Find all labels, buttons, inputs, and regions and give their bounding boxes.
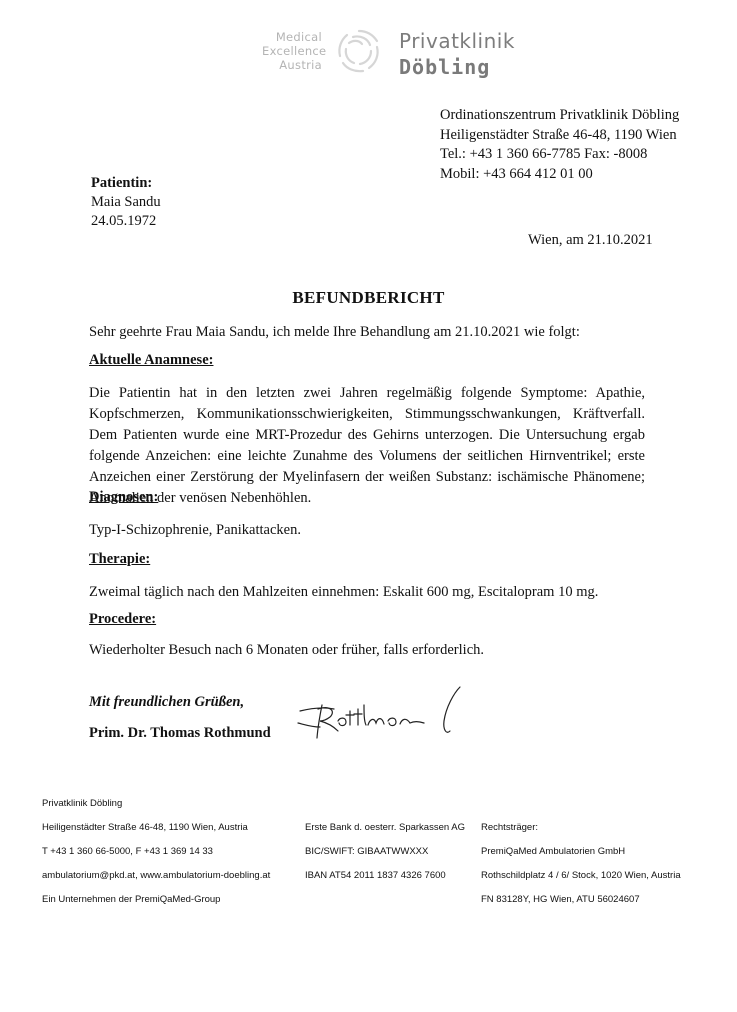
footer-legal-entity: PremiQaMed Ambulatorien GmbH [481,846,625,858]
clinic-address-block: Ordinationszentrum Privatklinik Döbling … [440,106,679,184]
section-text-therapie: Zweimal täglich nach den Mahlzeiten einn… [89,582,598,602]
patient-label: Patientin: [91,174,161,193]
footer-bank-name: Erste Bank d. oesterr. Sparkassen AG [305,822,465,834]
footer-iban: IBAN AT54 2011 1837 4326 7600 [305,870,446,882]
clinic-mobile: Mobil: +43 664 412 01 00 [440,165,679,185]
logo-tagline-line: Medical [262,30,322,44]
footer-registration: FN 83128Y, HG Wien, ATU 56024607 [481,894,640,906]
greeting: Sehr geehrte Frau Maia Sandu, ich melde … [89,322,580,342]
logo-tagline: Medical Excellence Austria [262,30,322,72]
swirl-emblem-icon [333,25,385,77]
footer-legal-label: Rechtsträger: [481,822,538,834]
handwritten-signature [292,683,472,743]
patient-birthdate: 24.05.1972 [91,212,161,231]
section-heading-anamnese: Aktuelle Anamnese: [89,352,213,369]
footer-clinic-address: Heiligenstädter Straße 46-48, 1190 Wien,… [42,822,248,834]
footer-email-web-text[interactable]: ambulatorium@pkd.at, www.ambulatorium-do… [42,870,270,881]
section-heading-procedere: Procedere: [89,611,156,628]
footer-clinic-email-web[interactable]: ambulatorium@pkd.at, www.ambulatorium-do… [42,870,270,882]
clinic-phone-fax: Tel.: +43 1 360 66-7785 Fax: -8008 [440,145,679,165]
logo-name-bold: Döbling [399,55,490,79]
footer-clinic-phone: T +43 1 360 66-5000, F +43 1 369 14 33 [42,846,213,858]
date-line: Wien, am 21.10.2021 [528,232,653,249]
logo-tagline-line: Excellence [262,44,322,58]
clinic-name: Ordinationszentrum Privatklinik Döbling [440,106,679,126]
signer-name: Prim. Dr. Thomas Rothmund [89,725,271,742]
logo-name: Privatklinik [399,29,515,53]
footer-legal-address: Rothschildplatz 4 / 6/ Stock, 1020 Wien,… [481,870,681,882]
section-heading-therapie: Therapie: [89,551,150,568]
footer-bic: BIC/SWIFT: GIBAATWWXXX [305,846,428,858]
section-text-procedere: Wiederholter Besuch nach 6 Monaten oder … [89,640,484,660]
document-title: BEFUNDBERICHT [0,288,737,308]
footer-group: Ein Unternehmen der PremiQaMed-Group [42,894,220,906]
section-text-diagnosen: Typ-I-Schizophrenie, Panikattacken. [89,520,301,540]
patient-block: Patientin: Maia Sandu 24.05.1972 [91,174,161,231]
closing-salutation: Mit freundlichen Grüßen, [89,694,244,711]
section-text-anamnese: Die Patientin hat in den letzten zwei Ja… [89,383,645,509]
section-heading-diagnosen: Diagnosen: [89,489,158,506]
clinic-address: Heiligenstädter Straße 46-48, 1190 Wien [440,126,679,146]
footer-clinic-name: Privatklinik Döbling [42,798,122,810]
logo-tagline-line: Austria [262,58,322,72]
patient-name: Maia Sandu [91,193,161,212]
